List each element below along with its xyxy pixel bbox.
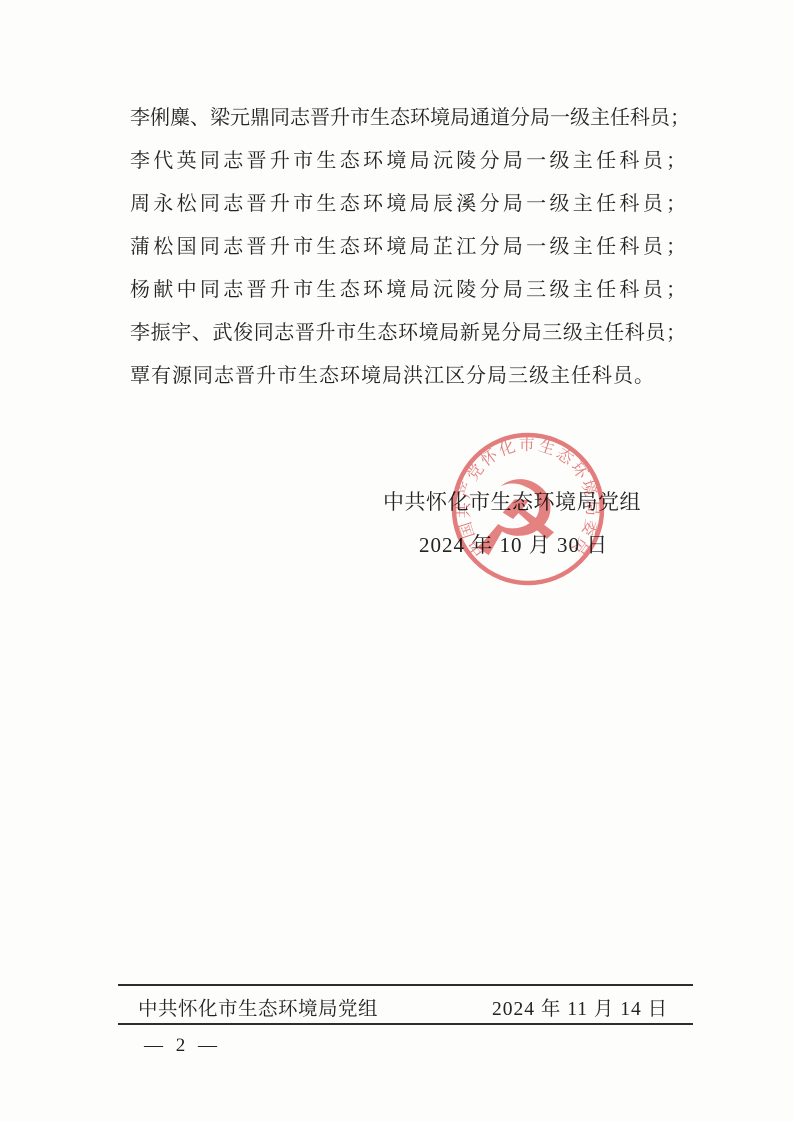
- hammer-and-sickle-icon: ☭: [469, 458, 562, 580]
- promotion-line: 杨献中同志晋升市生态环境局沅陵分局三级主任科员；: [130, 269, 686, 312]
- footer-rule-bottom: [118, 1023, 693, 1025]
- document-page: 李俐麋、梁元鼎同志晋升市生态环境局通道分局一级主任科员； 李代英同志晋升市生态环…: [0, 0, 793, 1122]
- footer-date: 2024 年 11 月 14 日: [492, 993, 668, 1021]
- signature-date: 2024 年 10 月 30 日: [419, 529, 608, 559]
- promotion-list: 李俐麋、梁元鼎同志晋升市生态环境局通道分局一级主任科员； 李代英同志晋升市生态环…: [130, 97, 686, 398]
- promotion-line: 覃有源同志晋升市生态环境局洪江区分局三级主任科员。: [130, 355, 686, 398]
- signature-org: 中共怀化市生态环境局党组: [383, 486, 641, 516]
- promotion-line: 李代英同志晋升市生态环境局沅陵分局一级主任科员；: [130, 140, 686, 183]
- footer-rule-top: [118, 984, 693, 986]
- page-number: — 2 —: [144, 1035, 221, 1057]
- promotion-line: 蒲松国同志晋升市生态环境局芷江分局一级主任科员；: [130, 226, 686, 269]
- promotion-line: 周永松同志晋升市生态环境局辰溪分局一级主任科员；: [130, 183, 686, 226]
- promotion-line: 李俐麋、梁元鼎同志晋升市生态环境局通道分局一级主任科员；: [130, 97, 686, 140]
- footer-org: 中共怀化市生态环境局党组: [138, 993, 378, 1021]
- promotion-line: 李振宇、武俊同志晋升市生态环境局新晃分局三级主任科员；: [130, 312, 686, 355]
